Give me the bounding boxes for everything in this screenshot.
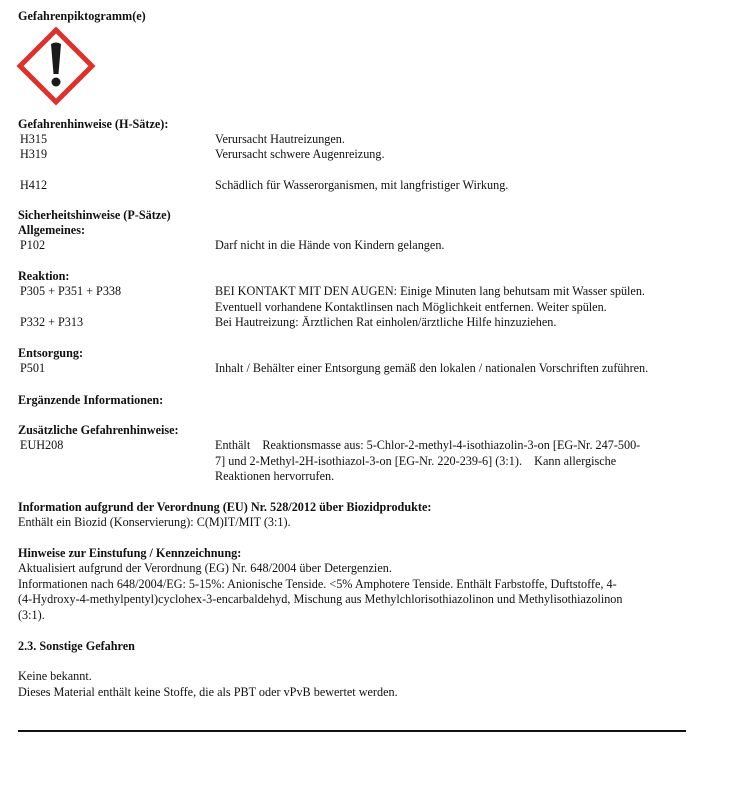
hazard-text: Verursacht schwere Augenreizung. — [215, 147, 385, 162]
euh-text-line1: Enthält Reaktionsmasse aus: 5-Chlor-2-me… — [215, 438, 640, 453]
euh-code: EUH208 — [20, 438, 63, 453]
additional-hazards-heading: Zusätzliche Gefahrenhinweise: — [18, 423, 179, 438]
precaution-text: Darf nicht in die Hände von Kindern gela… — [215, 238, 444, 253]
hazard-text: Schädlich für Wasserorganismen, mit lang… — [215, 178, 508, 193]
precautionary-heading: Sicherheitshinweise (P-Sätze) — [18, 208, 171, 223]
hazard-statements-heading: Gefahrenhinweise (H-Sätze): — [18, 117, 168, 132]
other-hazards-line: Keine bekannt. — [18, 669, 92, 684]
section-divider — [18, 730, 686, 732]
precaution-text: BEI KONTAKT MIT DEN AUGEN: Einige Minute… — [215, 284, 645, 299]
hazard-text: Verursacht Hautreizungen. — [215, 132, 345, 147]
precaution-text-cont: Eventuell vorhandene Kontaktlinsen nach … — [215, 300, 607, 315]
classification-line: Informationen nach 648/2004/EG: 5-15%: A… — [18, 577, 617, 592]
biocide-text: Enthält ein Biozid (Konservierung): C(M)… — [18, 515, 291, 530]
classification-line: (3:1). — [18, 608, 45, 623]
other-hazards-heading: 2.3. Sonstige Gefahren — [18, 639, 135, 654]
biocide-heading: Information aufgrund der Verordnung (EU)… — [18, 500, 431, 515]
classification-line: (4-Hydroxy-4-methylpentyl)cyclohex-3-enc… — [18, 592, 623, 607]
classification-heading: Hinweise zur Einstufung / Kennzeichnung: — [18, 546, 241, 561]
reaction-heading: Reaktion: — [18, 269, 69, 284]
other-hazards-line: Dieses Material enthält keine Stoffe, di… — [18, 685, 398, 700]
hazard-code: H315 — [20, 132, 47, 147]
euh-text-line2: 7] und 2-Methyl-2H-isothiazol-3-on [EG-N… — [215, 454, 616, 469]
disposal-heading: Entsorgung: — [18, 346, 83, 361]
precaution-text: Bei Hautreizung: Ärztlichen Rat einholen… — [215, 315, 556, 330]
general-heading: Allgemeines: — [18, 223, 85, 238]
precaution-text: Inhalt / Behälter einer Entsorgung gemäß… — [215, 361, 648, 376]
classification-line: Aktualisiert aufgrund der Verordnung (EG… — [18, 561, 392, 576]
euh-text-line3: Reaktionen hervorrufen. — [215, 469, 334, 484]
precaution-code: P332 + P313 — [20, 315, 83, 330]
precaution-code: P305 + P351 + P338 — [20, 284, 121, 299]
pictograms-heading: Gefahrenpiktogramm(e) — [18, 9, 146, 24]
hazard-code: H412 — [20, 178, 47, 193]
supplementary-heading: Ergänzende Informationen: — [18, 393, 163, 408]
precaution-code: P102 — [20, 238, 45, 253]
precaution-code: P501 — [20, 361, 45, 376]
hazard-code: H319 — [20, 147, 47, 162]
exclamation-mark-icon — [16, 26, 96, 106]
